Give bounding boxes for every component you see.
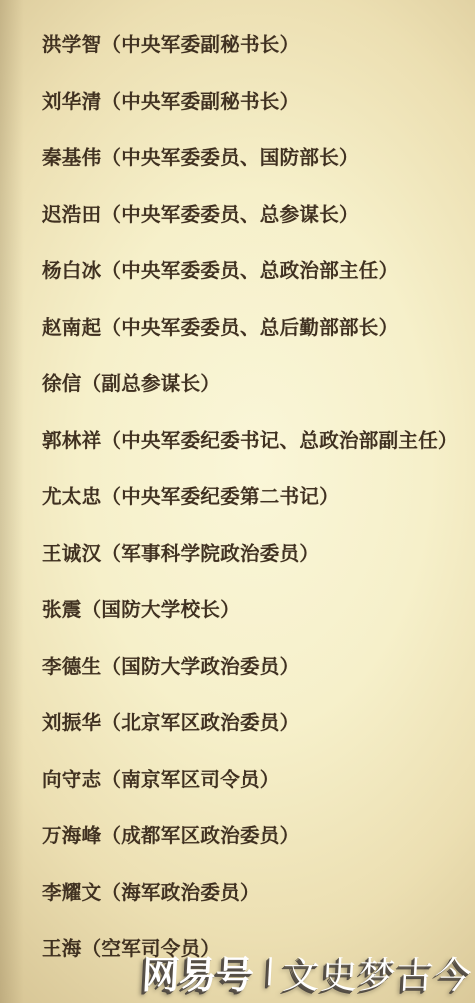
list-item: 迟浩田（中央军委委员、总参谋长） [42,185,467,242]
person-title: （中央军委委员、总政治部主任） [101,255,398,283]
person-title: （中央军委副秘书长） [101,86,299,114]
person-name: 洪学智 [42,29,101,57]
list-item: 王诚汉（军事科学院政治委员） [42,524,467,581]
watermark-account-name: 文史梦古今 [281,945,474,999]
person-title: （中央军委委员、总后勤部部长） [101,312,398,340]
person-name: 郭林祥 [42,425,101,453]
person-title: （南京军区司令员） [101,764,279,792]
person-name: 万海峰 [42,820,101,848]
list-item: 李德生（国防大学政治委员） [42,637,467,694]
list-item: 郭林祥（中央军委纪委书记、总政治部副主任） [42,411,467,468]
person-name: 张震 [42,594,82,622]
person-title: （军事科学院政治委员） [101,538,319,566]
officials-list: 洪学智（中央军委副秘书长） 刘华清（中央军委副秘书长） 秦基伟（中央军委委员、国… [42,15,467,976]
person-name: 徐信 [42,368,82,396]
person-name: 秦基伟 [42,142,101,170]
person-name: 王海 [42,933,82,961]
person-title: （中央军委副秘书长） [101,29,299,57]
person-title: （中央军委委员、国防部长） [101,142,358,170]
person-title: （中央军委纪委第二书记） [101,481,339,509]
list-item: 杨白冰（中央军委委员、总政治部主任） [42,241,467,298]
person-title: （国防大学校长） [82,594,240,622]
person-name: 刘华清 [42,86,101,114]
list-item: 洪学智（中央军委副秘书长） [42,15,467,72]
netease-logo: 网易号 [141,944,255,999]
person-title: （中央军委纪委书记、总政治部副主任） [101,425,457,453]
list-item: 张震（国防大学校长） [42,580,467,637]
person-name: 李耀文 [42,877,101,905]
list-item: 尤太忠（中央军委纪委第二书记） [42,467,467,524]
person-name: 刘振华 [42,707,101,735]
person-title: （海军政治委员） [101,877,259,905]
article-image: 洪学智（中央军委副秘书长） 刘华清（中央军委副秘书长） 秦基伟（中央军委委员、国… [0,0,475,1003]
list-item: 向守志（南京军区司令员） [42,750,467,807]
person-name: 王诚汉 [42,538,101,566]
person-name: 迟浩田 [42,199,101,227]
list-item: 刘华清（中央军委副秘书长） [42,72,467,129]
person-name: 李德生 [42,651,101,679]
list-item: 万海峰（成都军区政治委员） [42,806,467,863]
netease-watermark: 网易号 | 文史梦古今 [141,944,475,999]
person-title: （北京军区政治委员） [101,707,299,735]
list-item: 刘振华（北京军区政治委员） [42,693,467,750]
person-name: 杨白冰 [42,255,101,283]
list-item: 徐信（副总参谋长） [42,354,467,411]
person-name: 尤太忠 [42,481,101,509]
person-title: （国防大学政治委员） [101,651,299,679]
person-title: （中央军委委员、总参谋长） [101,199,358,227]
person-title: （副总参谋长） [82,368,221,396]
person-name: 向守志 [42,764,101,792]
person-title: （成都军区政治委员） [101,820,299,848]
list-item: 秦基伟（中央军委委员、国防部长） [42,128,467,185]
list-item: 李耀文（海军政治委员） [42,863,467,920]
person-name: 赵南起 [42,312,101,340]
list-item: 赵南起（中央军委委员、总后勤部部长） [42,298,467,355]
watermark-separator: | [252,953,284,987]
